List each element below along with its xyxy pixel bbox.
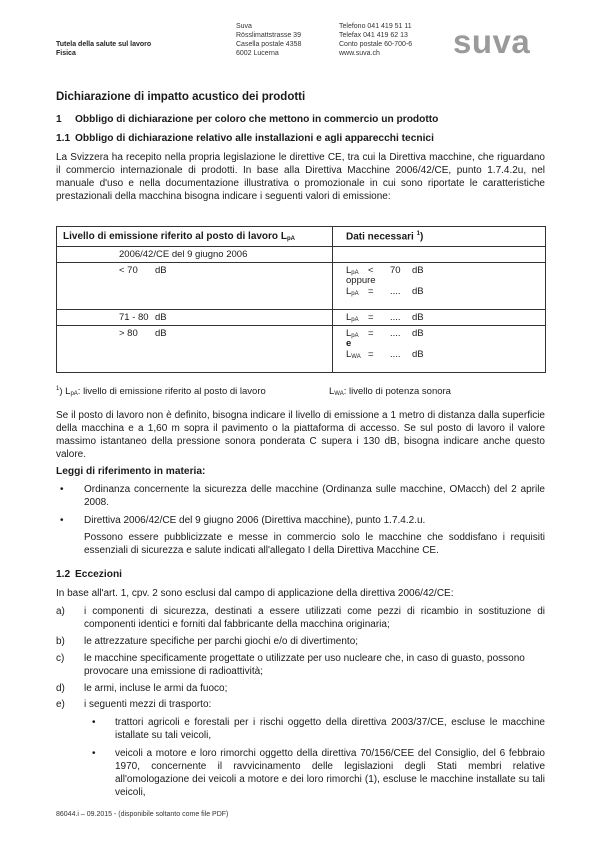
- transport-list-item: • trattori agricoli e forestali per i ri…: [56, 716, 545, 742]
- section-number: 1: [56, 114, 75, 125]
- table-row: < 70dB LpA<70dB oppure LpA=....dB: [57, 263, 546, 310]
- section-number: 1.1: [56, 133, 75, 144]
- bullet-icon: •: [92, 747, 96, 760]
- transport-list-item: • veicoli a motore e loro rimorchi ogget…: [56, 747, 545, 799]
- section-title: Obbligo di dichiarazione per coloro che …: [75, 114, 438, 125]
- department-line: Tutela della salute sul lavoro: [56, 40, 151, 49]
- exception-item: c) le macchine specificamente progettate…: [56, 652, 545, 678]
- required-data: LpA=....dB e LWA=....dB: [333, 328, 545, 360]
- address-line: Casella postale 4358: [236, 40, 301, 49]
- table-row: 71 - 80dB LpA=....dB: [57, 310, 546, 326]
- intro-paragraph: La Svizzera ha recepito nella propria le…: [56, 151, 545, 203]
- contact-line: Telefax 041 419 62 13: [339, 31, 412, 40]
- table-footnote: 1) LpA: livello di emissione riferito al…: [56, 386, 266, 397]
- address-line: Rösslimattstrasse 39: [236, 31, 301, 40]
- department-line: Fisica: [56, 49, 151, 58]
- section-number: 1.2: [56, 569, 75, 580]
- section-title: Eccezioni: [75, 569, 122, 580]
- laws-heading: Leggi di riferimento in materia:: [56, 466, 205, 477]
- section-title: Obbligo di dichiarazione relativo alle i…: [75, 133, 434, 144]
- table-subheader-row: 2006/42/CE del 9 giugno 2006: [57, 247, 546, 263]
- level-range: 71 - 80: [119, 312, 155, 323]
- exception-item: e) i seguenti mezzi di trasporto:: [56, 698, 545, 711]
- bullet-icon: •: [60, 483, 64, 496]
- document-footer: 86044.i – 09.2015 - (disponibile soltant…: [56, 811, 228, 818]
- document-title: Dichiarazione di impatto acustico dei pr…: [56, 91, 305, 103]
- bullet-icon: •: [92, 716, 96, 729]
- exception-item: b) le attrezzature specifiche per parchi…: [56, 635, 545, 648]
- contact-line: Conto postale 60-700-6: [339, 40, 412, 49]
- required-data: LpA<70dB oppure LpA=....dB: [333, 265, 545, 297]
- address-block: Suva Rösslimattstrasse 39 Casella postal…: [236, 22, 301, 58]
- address-line: Suva: [236, 22, 301, 31]
- level-range: < 70: [119, 265, 155, 276]
- contact-link[interactable]: www.suva.ch: [339, 49, 412, 58]
- workplace-paragraph: Se il posto di lavoro non è definito, bi…: [56, 409, 545, 461]
- table-header-row: Livello di emissione riferito al posto d…: [57, 227, 546, 247]
- exceptions-intro: In base all'art. 1, cpv. 2 sono esclusi …: [56, 587, 545, 600]
- address-line: 6002 Lucerna: [236, 49, 301, 58]
- column-header-data: Dati necessari 1): [333, 227, 546, 247]
- section-1-2-heading: 1.2Eccezioni: [56, 569, 122, 580]
- contact-block: Telefono 041 419 51 11 Telefax 041 419 6…: [339, 22, 412, 58]
- exception-item: d) le armi, incluse le armi da fuoco;: [56, 682, 545, 695]
- department-label: Tutela della salute sul lavoro Fisica: [56, 40, 151, 58]
- column-header-level: Livello di emissione riferito al posto d…: [57, 227, 333, 247]
- law-list-item: • Ordinanza concernente la sicurezza del…: [56, 483, 545, 509]
- level-range: > 80: [119, 328, 155, 339]
- table-row: > 80dB LpA=....dB e LWA=....dB: [57, 326, 546, 373]
- law-note: Possono essere pubblicizzate e messe in …: [56, 531, 545, 557]
- contact-line: Telefono 041 419 51 11: [339, 22, 412, 31]
- suva-logo: suva: [453, 24, 530, 60]
- exception-item: a) i componenti di sicurezza, destinati …: [56, 605, 545, 631]
- law-list-item: • Direttiva 2006/42/CE del 9 giugno 2006…: [56, 514, 545, 527]
- section-1-heading: 1Obbligo di dichiarazione per coloro che…: [56, 114, 438, 125]
- required-data: LpA=....dB: [333, 312, 545, 323]
- section-1-1-heading: 1.1Obbligo di dichiarazione relativo all…: [56, 133, 434, 144]
- directive-label: 2006/42/CE del 9 giugno 2006: [57, 249, 332, 260]
- bullet-icon: •: [60, 514, 64, 527]
- emission-table: Livello di emissione riferito al posto d…: [56, 226, 546, 373]
